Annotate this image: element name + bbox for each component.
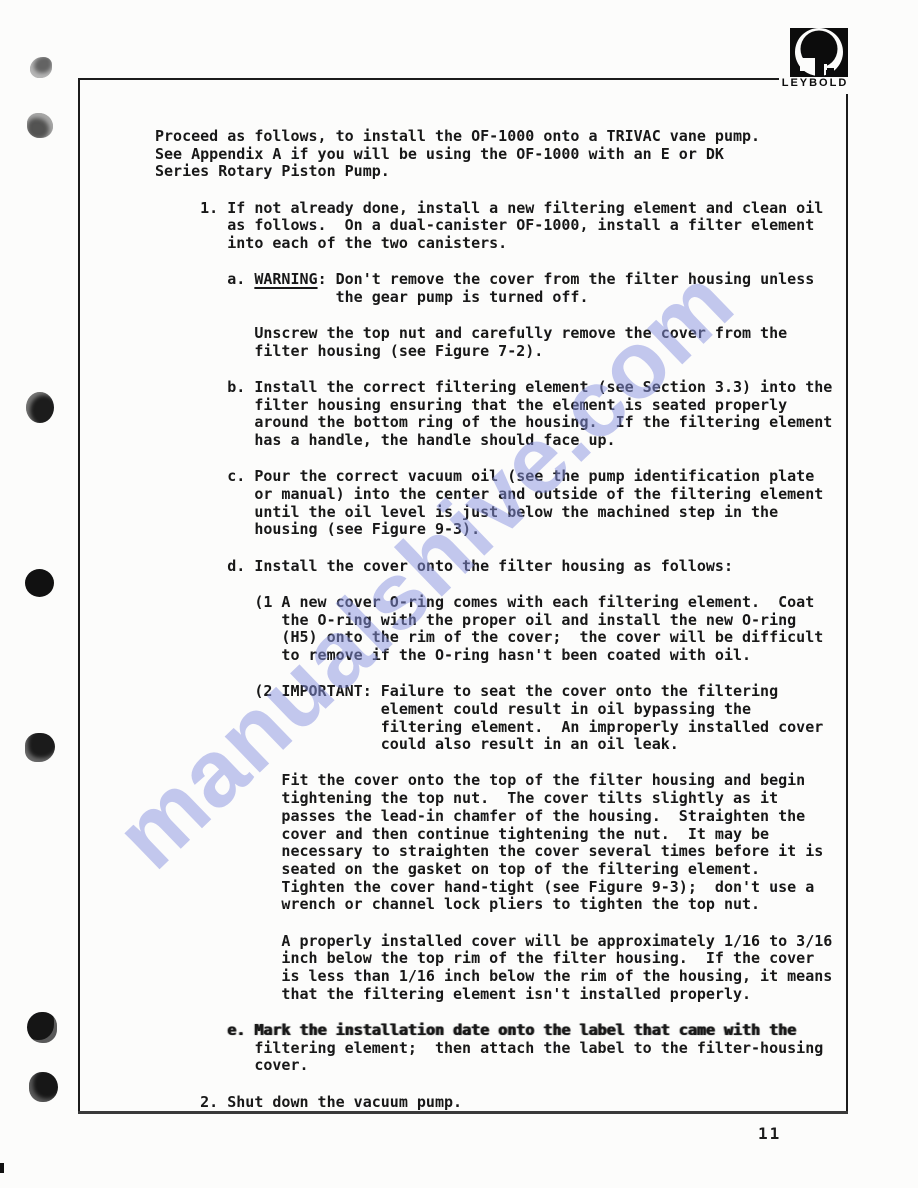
text-line: is less than 1/16 inch below the rim of … (155, 968, 832, 986)
text-line: filter housing (see Figure 7-2). (155, 343, 832, 361)
text-line: as follows. On a dual-canister OF-1000, … (155, 217, 832, 235)
page-border (846, 94, 848, 1114)
intro-paragraph: Proceed as follows, to install the OF-10… (155, 128, 832, 181)
list-marker: a. (155, 270, 254, 288)
text-line: filtering element; then attach the label… (155, 1040, 832, 1058)
subitem-2-important: (2 IMPORTANT: Failure to seat the cover … (155, 683, 832, 754)
text-line: (H5) onto the rim of the cover; the cove… (155, 629, 832, 647)
step-1: 1. If not already done, install a new fi… (155, 200, 832, 253)
text-line: inch below the top rim of the filter hou… (155, 950, 832, 968)
text-line: to remove if the O-ring hasn't been coat… (155, 647, 832, 665)
ink-mark (25, 733, 55, 762)
text-line: 1. If not already done, install a new fi… (155, 200, 832, 218)
text-line: has a handle, the handle should face up. (155, 432, 832, 450)
text-line: or manual) into the center and outside o… (155, 486, 832, 504)
text-line: into each of the two canisters. (155, 235, 832, 253)
text-line: until the oil level is just below the ma… (155, 504, 832, 522)
paragraph-unscrew: Unscrew the top nut and carefully remove… (155, 325, 832, 360)
paragraph-fit-cover: Fit the cover onto the top of the filter… (155, 772, 832, 914)
ink-mark (25, 569, 54, 597)
subitem-1: (1 A new cover O-ring comes with each fi… (155, 594, 832, 665)
step-2: 2. Shut down the vacuum pump. (155, 1094, 832, 1112)
page-border (78, 78, 779, 80)
text-line: Series Rotary Piston Pump. (155, 163, 832, 181)
brand-label: LEYBOLD (779, 77, 851, 89)
text-line: necessary to straighten the cover severa… (155, 843, 832, 861)
paragraph-properly-installed: A properly installed cover will be appro… (155, 933, 832, 1004)
ink-mark (29, 1072, 58, 1102)
text-line: 2. Shut down the vacuum pump. (155, 1094, 832, 1112)
text-line: Unscrew the top nut and carefully remove… (155, 325, 832, 343)
scanned-manual-page: LEYBOLD Proceed as follows, to install t… (0, 0, 918, 1188)
text-line: cover. (155, 1057, 832, 1075)
text-line: that the filtering element isn't install… (155, 986, 832, 1004)
warning-label: WARNING (254, 270, 317, 288)
text-line: Fit the cover onto the top of the filter… (155, 772, 832, 790)
page-number: 11 (758, 1124, 781, 1143)
text-line: Proceed as follows, to install the OF-10… (155, 128, 832, 146)
text-line: A properly installed cover will be appro… (155, 933, 832, 951)
text-line: around the bottom ring of the housing. I… (155, 414, 832, 432)
text-line: c. Pour the correct vacuum oil (see the … (155, 468, 832, 486)
text-line: element could result in oil bypassing th… (155, 701, 832, 719)
text-line: tightening the top nut. The cover tilts … (155, 790, 832, 808)
substep-c: c. Pour the correct vacuum oil (see the … (155, 468, 832, 539)
text-line: passes the lead-in chamfer of the housin… (155, 808, 832, 826)
text-line: the O-ring with the proper oil and insta… (155, 612, 832, 630)
document-body: Proceed as follows, to install the OF-10… (155, 128, 832, 1111)
substep-b: b. Install the correct filtering element… (155, 379, 832, 450)
page-border (78, 78, 80, 1114)
text-line: e. Mark the installation date onto the l… (155, 1022, 832, 1040)
text-line: filtering element. An improperly install… (155, 719, 832, 737)
scan-artifact (0, 1163, 4, 1173)
text-line: cover and then continue tightening the n… (155, 826, 832, 844)
text-line: (2 IMPORTANT: Failure to seat the cover … (155, 683, 832, 701)
text-line: filter housing ensuring that the element… (155, 397, 832, 415)
text-line: a. WARNING: Don't remove the cover from … (155, 271, 832, 306)
ink-mark (27, 1012, 57, 1043)
leybold-logo-icon (790, 28, 848, 77)
ink-mark (26, 392, 54, 423)
text-line: seated on the gasket on top of the filte… (155, 861, 832, 879)
text-line: b. Install the correct filtering element… (155, 379, 832, 397)
text-line: (1 A new cover O-ring comes with each fi… (155, 594, 832, 612)
substep-e: e. Mark the installation date onto the l… (155, 1022, 832, 1075)
ink-mark (27, 113, 53, 138)
substep-d: d. Install the cover onto the filter hou… (155, 558, 832, 576)
text-line: could also result in an oil leak. (155, 736, 832, 754)
page-border (78, 1111, 848, 1114)
substep-a-warning: a. WARNING: Don't remove the cover from … (155, 271, 832, 306)
text-line: d. Install the cover onto the filter hou… (155, 558, 832, 576)
text-line: Tighten the cover hand-tight (see Figure… (155, 879, 832, 897)
text-line: housing (see Figure 9-3). (155, 521, 832, 539)
ink-mark (30, 57, 52, 78)
text-line: wrench or channel lock pliers to tighten… (155, 896, 832, 914)
text-line: See Appendix A if you will be using the … (155, 146, 832, 164)
